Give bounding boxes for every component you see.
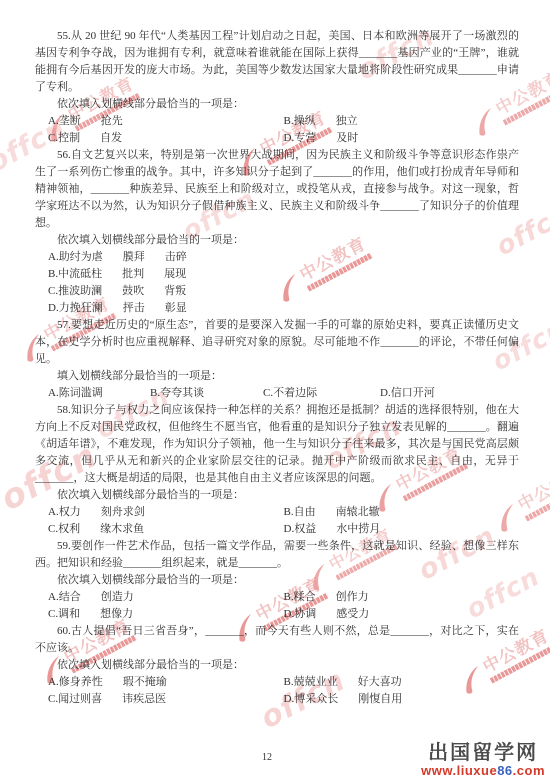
option-label-word: B.夸夸其谈: [150, 385, 204, 402]
site-url-link[interactable]: www.liuxue86.com: [421, 764, 545, 778]
option-C: C.权利缘木求鱼: [48, 521, 284, 538]
option-word: 彰显: [165, 300, 187, 317]
option-word: 创作力: [336, 589, 369, 606]
option-word: 刚愎自用: [358, 691, 402, 708]
site-logo-text: 出国留学网: [421, 743, 545, 764]
option-label-word: D.信口开河: [380, 385, 435, 402]
question-options: A.权力刻舟求剑B.自由南辕北辙C.权利缘木求鱼D.权益水中捞月: [35, 504, 519, 538]
option-D: D.博采众长刚愎自用: [284, 691, 520, 708]
exam-page: offcn中公教育中公教育中公教育offcnoffcnoffcn中公教育中公教育…: [0, 0, 550, 782]
option-word: 水中捞月: [336, 521, 380, 538]
option-A: A.权力刻舟求剑: [48, 504, 284, 521]
question-prompt: 依次填入划横线部分最恰当的一项是：: [35, 96, 519, 113]
option-word: 展现: [164, 266, 186, 283]
option-B: B.操纵独立: [284, 113, 520, 130]
question-block: 59.要创作一件艺术作品，包括一篇文学作品，需要一些条件，这就是知识、经验、想像…: [35, 538, 519, 623]
question-prompt: 依次填入划横线部分最恰当的一项是：: [35, 232, 519, 249]
option-label-word: B.糅合: [284, 589, 316, 606]
option-label-word: C.调和: [48, 606, 80, 623]
option-word: 抢先: [101, 113, 123, 130]
option-D: D.协调感受力: [284, 606, 520, 623]
option-A: A.修身养性瑕不掩瑜: [48, 674, 284, 691]
question-stem: 55.从 20 世纪 90 年代“人类基因工程”计划启动之日起，美国、日本和欧洲…: [35, 28, 519, 96]
option-D: D.信口开河: [380, 385, 519, 402]
option-label-word: D.权益: [284, 521, 317, 538]
option-B: B.中流砥柱批判展现: [48, 266, 519, 283]
option-D: D.权益水中捞月: [284, 521, 520, 538]
option-word: 讳疾忌医: [122, 691, 166, 708]
url-number: 86: [497, 763, 512, 778]
option-label-word: C.推波助澜: [48, 283, 102, 300]
url-suffix: .com: [513, 763, 545, 778]
url-prefix: www.liuxue: [421, 763, 497, 778]
option-D: D.专营及时: [284, 130, 520, 147]
question-block: 57.要想走近历史的“原生态”，首要的是要深入发掘一手的可靠的原始史料，要真正读…: [35, 317, 519, 402]
question-stem: 58.知识分子与权力之间应该保持一种怎样的关系？拥抱还是抵制？胡适的选择很特别，…: [35, 402, 519, 487]
option-word: 南辕北辙: [336, 504, 380, 521]
option-word: 自发: [100, 130, 122, 147]
option-label-word: B.兢兢业业: [284, 674, 338, 691]
question-options: A.结合创造力B.糅合创作力C.调和想像力D.协调感受力: [35, 589, 519, 623]
site-brand[interactable]: 出国留学网 www.liuxue86.com: [421, 743, 545, 778]
option-word: 鼓吹: [122, 283, 144, 300]
option-word: 瑕不掩瑜: [123, 674, 167, 691]
question-block: 56.自文艺复兴以来，特别是第一次世界大战期间，因为民族主义和阶级斗争等意识形态…: [35, 147, 519, 317]
option-A: A.结合创造力: [48, 589, 284, 606]
option-word: 及时: [336, 130, 358, 147]
option-word: 缘木求鱼: [100, 521, 144, 538]
question-block: 60.古人提倡“吾日三省吾身”，_______，而今天有些人则不然，总是____…: [35, 623, 519, 708]
questions-area: 55.从 20 世纪 90 年代“人类基因工程”计划启动之日起，美国、日本和欧洲…: [35, 28, 519, 708]
option-C: C.推波助澜鼓吹背叛: [48, 283, 519, 300]
question-prompt: 依次填入划横线部分最恰当的一项是：: [35, 572, 519, 589]
brand-logo-text: 中公教育: [516, 466, 550, 516]
option-label-word: C.控制: [48, 130, 80, 147]
option-A: A.陈词滥调: [48, 385, 150, 402]
question-prompt: 填入划横线部分最恰当的一项是：: [35, 368, 519, 385]
option-C: C.不着边际: [263, 385, 380, 402]
question-prompt: 依次填入划横线部分最恰当的一项是：: [35, 487, 519, 504]
option-label-word: C.不着边际: [263, 385, 317, 402]
option-label-word: A.助纣为虐: [48, 249, 103, 266]
option-word: 创造力: [101, 589, 134, 606]
option-word: 好大喜功: [358, 674, 402, 691]
option-label-word: C.权利: [48, 521, 80, 538]
option-B: B.夸夸其谈: [150, 385, 263, 402]
option-B: B.自由南辕北辙: [284, 504, 520, 521]
option-word: 膜拜: [123, 249, 145, 266]
question-stem: 59.要创作一件艺术作品，包括一篇文学作品，需要一些条件，这就是知识、经验、想像…: [35, 538, 519, 572]
option-C: C.调和想像力: [48, 606, 284, 623]
question-block: 55.从 20 世纪 90 年代“人类基因工程”计划启动之日起，美国、日本和欧洲…: [35, 28, 519, 147]
question-options: A.垄断抢先B.操纵独立C.控制自发D.专营及时: [35, 113, 519, 147]
option-word: 感受力: [336, 606, 369, 623]
option-label-word: B.中流砥柱: [48, 266, 102, 283]
question-block: 58.知识分子与权力之间应该保持一种怎样的关系？拥抱还是抵制？胡适的选择很特别，…: [35, 402, 519, 538]
option-label-word: D.力挽狂澜: [48, 300, 103, 317]
page-number: 12: [262, 752, 272, 763]
brand-slogan-strip: [525, 482, 550, 521]
option-D: D.力挽狂澜抨击彰显: [48, 300, 519, 317]
question-options: A.陈词滥调B.夸夸其谈C.不着边际D.信口开河: [35, 385, 519, 402]
option-B: B.糅合创作力: [284, 589, 520, 606]
option-word: 想像力: [100, 606, 133, 623]
option-A: A.助纣为虐膜拜击碎: [48, 249, 519, 266]
option-B: B.兢兢业业好大喜功: [284, 674, 520, 691]
option-C: C.闻过则喜讳疾忌医: [48, 691, 284, 708]
option-label-word: C.闻过则喜: [48, 691, 102, 708]
option-word: 击碎: [165, 249, 187, 266]
option-label-word: D.专营: [284, 130, 317, 147]
question-stem: 57.要想走近历史的“原生态”，首要的是要深入发掘一手的可靠的原始史料，要真正读…: [35, 317, 519, 368]
question-stem: 56.自文艺复兴以来，特别是第一次世界大战期间，因为民族主义和阶级斗争等意识形态…: [35, 147, 519, 232]
option-word: 独立: [336, 113, 358, 130]
option-label-word: A.垄断: [48, 113, 81, 130]
option-label-word: A.陈词滥调: [48, 385, 103, 402]
option-word: 背叛: [164, 283, 186, 300]
question-options: A.修身养性瑕不掩瑜B.兢兢业业好大喜功C.闻过则喜讳疾忌医D.博采众长刚愎自用: [35, 674, 519, 708]
option-label-word: B.操纵: [284, 113, 316, 130]
option-label-word: D.博采众长: [284, 691, 339, 708]
question-prompt: 依次填入划横线部分最恰当的一项是：: [35, 657, 519, 674]
option-word: 抨击: [123, 300, 145, 317]
option-label-word: A.修身养性: [48, 674, 103, 691]
option-word: 刻舟求剑: [101, 504, 145, 521]
option-label-word: B.自由: [284, 504, 316, 521]
option-A: A.垄断抢先: [48, 113, 284, 130]
question-options: A.助纣为虐膜拜击碎B.中流砥柱批判展现C.推波助澜鼓吹背叛D.力挽狂澜抨击彰显: [35, 249, 519, 317]
question-stem: 60.古人提倡“吾日三省吾身”，_______，而今天有些人则不然，总是____…: [35, 623, 519, 657]
option-word: 批判: [122, 266, 144, 283]
option-C: C.控制自发: [48, 130, 284, 147]
option-label-word: A.权力: [48, 504, 81, 521]
option-label-word: A.结合: [48, 589, 81, 606]
option-label-word: D.协调: [284, 606, 317, 623]
